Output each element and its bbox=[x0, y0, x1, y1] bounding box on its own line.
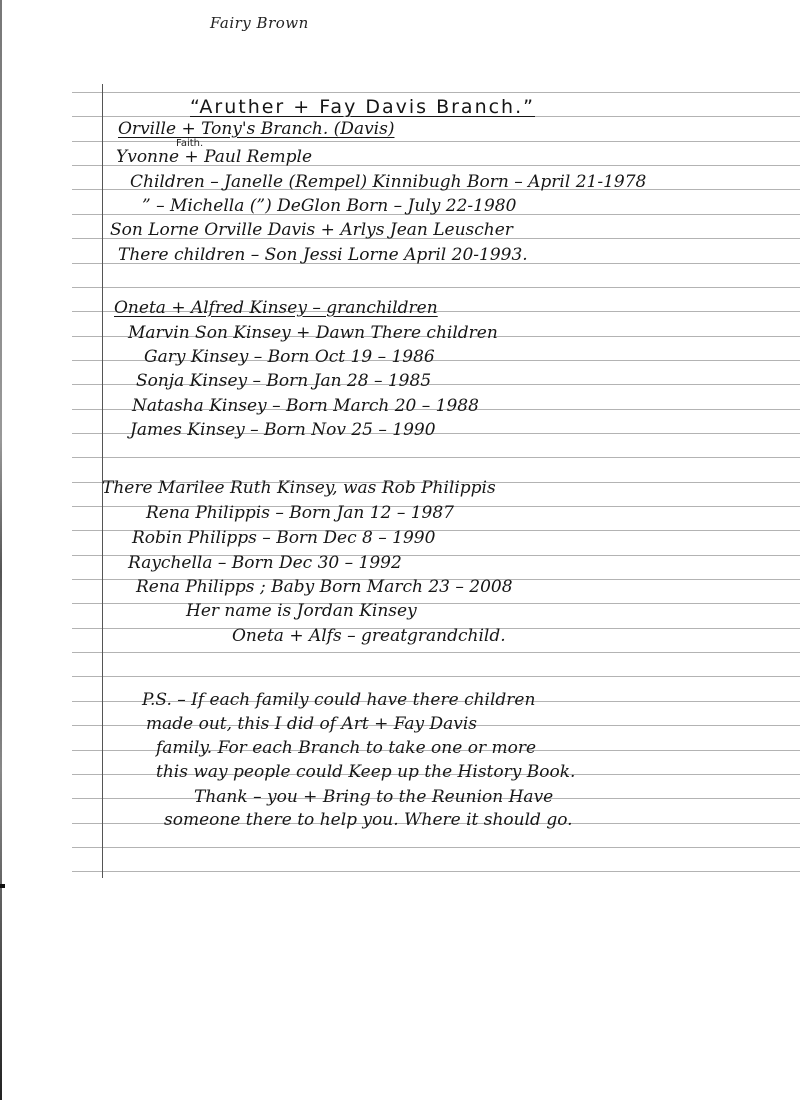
entry-line: Rena Philippis – Born Jan 12 – 1987 bbox=[146, 505, 454, 522]
rule-line bbox=[72, 287, 800, 288]
rule-line bbox=[72, 871, 800, 872]
rule-line bbox=[72, 676, 800, 677]
postscript-line: this way people could Keep up the Histor… bbox=[156, 764, 575, 781]
entry-line: Oneta + Alfs – greatgrandchild. bbox=[232, 628, 506, 645]
branch-heading-marilee: There Marilee Ruth Kinsey, was Rob Phili… bbox=[102, 480, 496, 497]
entry-line: Raychella – Born Dec 30 – 1992 bbox=[128, 555, 402, 572]
entry-line: ” – Michella (”) DeGlon Born – July 22-1… bbox=[142, 198, 516, 215]
scan-mark bbox=[0, 884, 5, 888]
entry-line: Yvonne + Paul Remple bbox=[116, 149, 312, 166]
branch-heading-orville: Orville + Tony's Branch. (Davis) bbox=[118, 121, 394, 138]
rule-line bbox=[72, 603, 800, 604]
rule-line bbox=[72, 457, 800, 458]
postscript-line: someone there to help you. Where it shou… bbox=[164, 812, 573, 829]
postscript-line: Thank – you + Bring to the Reunion Have bbox=[194, 789, 553, 806]
entry-line: Marvin Son Kinsey + Dawn There children bbox=[128, 325, 498, 342]
postscript-line: family. For each Branch to take one or m… bbox=[156, 740, 536, 757]
entry-line: There children – Son Jessi Lorne April 2… bbox=[118, 247, 528, 264]
entry-line: Sonja Kinsey – Born Jan 28 – 1985 bbox=[136, 373, 431, 390]
scan-edge bbox=[0, 0, 2, 1100]
rule-line bbox=[72, 652, 800, 653]
entry-line: Rena Philipps ; Baby Born March 23 – 200… bbox=[136, 579, 513, 596]
rule-line bbox=[72, 847, 800, 848]
postscript-line: P.S. – If each family could have there c… bbox=[142, 692, 535, 709]
entry-line: Her name is Jordan Kinsey bbox=[186, 603, 417, 620]
entry-line: Son Lorne Orville Davis + Arlys Jean Leu… bbox=[110, 222, 513, 239]
document-title: “Aruther + Fay Davis Branch.” bbox=[190, 98, 535, 117]
entry-line: James Kinsey – Born Nov 25 – 1990 bbox=[130, 422, 436, 439]
entry-line: Children – Janelle (Rempel) Kinnibugh Bo… bbox=[130, 174, 646, 191]
rule-line bbox=[72, 92, 800, 93]
postscript-line: made out, this I did of Art + Fay Davis bbox=[146, 716, 477, 733]
branch-heading-oneta: Oneta + Alfred Kinsey – granchildren bbox=[114, 300, 438, 317]
entry-line: Natasha Kinsey – Born March 20 – 1988 bbox=[132, 398, 479, 415]
entry-line: Robin Philipps – Born Dec 8 – 1990 bbox=[132, 530, 435, 547]
header-signature: Fairy Brown bbox=[210, 14, 309, 32]
entry-line: Gary Kinsey – Born Oct 19 – 1986 bbox=[144, 349, 435, 366]
